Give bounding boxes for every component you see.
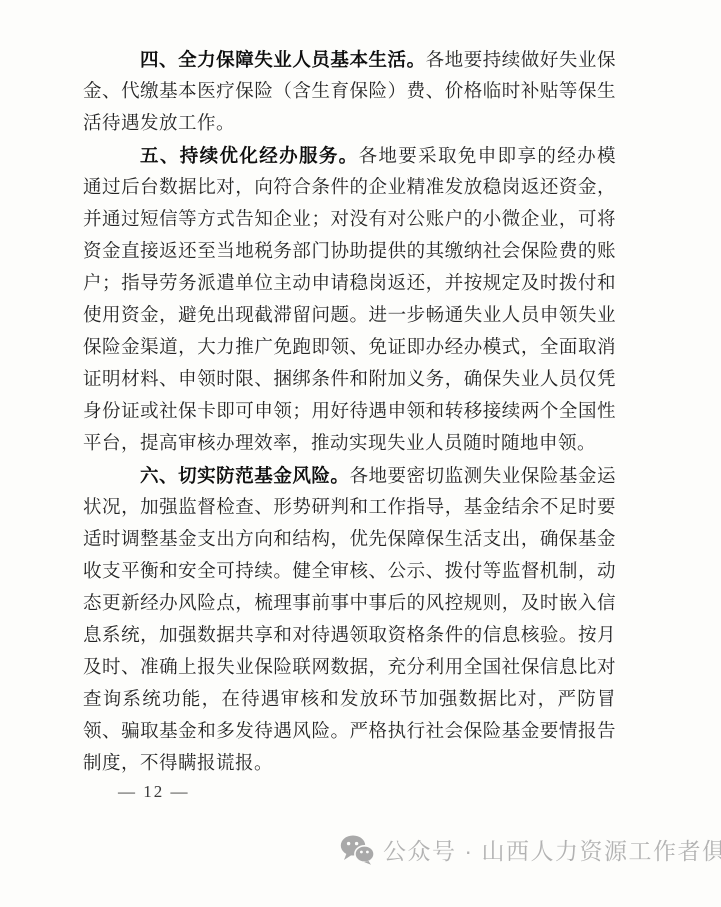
wechat-icon bbox=[340, 835, 374, 865]
text-line: 平台，提高审核办理效率，推动实现失业人员随时随地申领。 bbox=[83, 428, 616, 460]
text-line: 活待遇发放工作。 bbox=[83, 108, 616, 140]
text-line: 并通过短信等方式告知企业；对没有对公账户的小微企业，可将 bbox=[83, 204, 616, 236]
watermark: 公众号 · 山西人力资源工作者俱乐部 bbox=[340, 833, 721, 866]
text-line: 保险金渠道，大力推广免跑即领、免证即办经办模式，全面取消 bbox=[83, 332, 616, 364]
watermark-text: 公众号 · 山西人力资源工作者俱乐部 bbox=[383, 833, 721, 866]
text-line: 户；指导劳务派遣单位主动申请稳岗返还，并按规定及时拨付和 bbox=[83, 268, 616, 300]
text-line: 资金直接返还至当地税务部门协助提供的其缴纳社会保险费的账 bbox=[83, 236, 616, 268]
text-line: 状况，加强监督检查、形势研判和工作指导，基金结余不足时要 bbox=[83, 492, 616, 524]
text-line: 及时、准确上报失业保险联网数据，充分利用全国社保信息比对 bbox=[83, 652, 616, 684]
document-page: 四、全力保障失业人员基本生活。各地要持续做好失业保险 金、代缴基本医疗保险（含生… bbox=[0, 0, 721, 907]
document-body: 四、全力保障失业人员基本生活。各地要持续做好失业保险 金、代缴基本医疗保险（含生… bbox=[83, 44, 616, 780]
text-line: 证明材料、申领时限、捆绑条件和附加义务，确保失业人员仅凭 bbox=[83, 364, 616, 396]
text-line: 态更新经办风险点，梳理事前事中事后的风控规则，及时嵌入信 bbox=[83, 588, 616, 620]
section-heading: 五、持续优化经办服务。 bbox=[140, 145, 359, 166]
text-line: 制度，不得瞒报谎报。 bbox=[83, 748, 616, 780]
page-number: — 12 — bbox=[118, 782, 190, 802]
section-4: 四、全力保障失业人员基本生活。各地要持续做好失业保险 金、代缴基本医疗保险（含生… bbox=[83, 44, 616, 140]
text-line: 四、全力保障失业人员基本生活。各地要持续做好失业保险 bbox=[83, 44, 616, 76]
text-line: 六、切实防范基金风险。各地要密切监测失业保险基金运行 bbox=[83, 460, 616, 492]
text-line: 身份证或社保卡即可申领；用好待遇申领和转移接续两个全国性 bbox=[83, 396, 616, 428]
section-6: 六、切实防范基金风险。各地要密切监测失业保险基金运行 状况，加强监督检查、形势研… bbox=[83, 460, 616, 780]
section-heading: 四、全力保障失业人员基本生活。 bbox=[140, 49, 426, 70]
text-line: 通过后台数据比对，向符合条件的企业精准发放稳岗返还资金， bbox=[83, 172, 616, 204]
text-line: 金、代缴基本医疗保险（含生育保险）费、价格临时补贴等保生 bbox=[83, 76, 616, 108]
text-line: 使用资金，避免出现截滞留问题。进一步畅通失业人员申领失业 bbox=[83, 300, 616, 332]
section-heading: 六、切实防范基金风险。 bbox=[140, 465, 349, 486]
text-line: 五、持续优化经办服务。各地要采取免申即享的经办模式， bbox=[83, 140, 616, 172]
section-5: 五、持续优化经办服务。各地要采取免申即享的经办模式， 通过后台数据比对，向符合条… bbox=[83, 140, 616, 460]
text-line: 适时调整基金支出方向和结构，优先保障保生活支出，确保基金 bbox=[83, 524, 616, 556]
text-line: 息系统，加强数据共享和对待遇领取资格条件的信息核验。按月 bbox=[83, 620, 616, 652]
text-line: 收支平衡和安全可持续。健全审核、公示、拨付等监督机制，动 bbox=[83, 556, 616, 588]
text-line: 领、骗取基金和多发待遇风险。严格执行社会保险基金要情报告 bbox=[83, 716, 616, 748]
text-line: 查询系统功能，在待遇审核和发放环节加强数据比对，严防冒 bbox=[83, 684, 616, 716]
